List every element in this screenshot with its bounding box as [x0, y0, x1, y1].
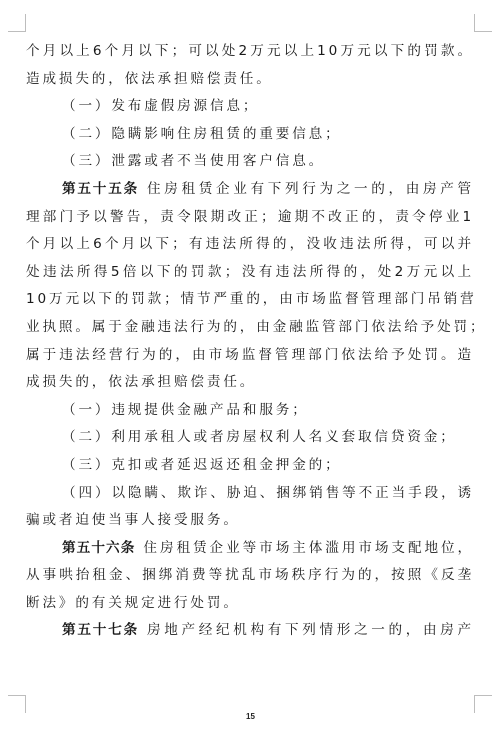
list-item: （三）克扣或者延迟返还租金押金的；: [26, 452, 474, 480]
crop-mark-top-left: [8, 14, 26, 32]
line-text: （一）违规提供金融产品和服务；: [62, 402, 309, 418]
list-item: （二）利用承租人或者房屋权利人名义套取信贷资金；: [26, 424, 474, 452]
crop-mark-bottom-left: [8, 695, 26, 713]
list-item: （三）泄露或者不当使用客户信息。: [26, 148, 474, 176]
line-text: 骗或者迫使当事人接受服务。: [26, 512, 240, 528]
line-text: 理部门予以警告，责令限期改正；逾期不改正的，责令停业1: [26, 209, 474, 225]
line-text: 住房租赁企业等市场主体滥用市场支配地位，: [143, 540, 474, 556]
line-text: （三）克扣或者延迟返还租金押金的；: [62, 457, 342, 473]
line-text: 业执照。属于金融违法行为的，由金融监管部门依法给予处罚；: [26, 319, 486, 335]
line-text: （四）以隐瞒、欺诈、胁迫、捆绑销售等不正当手段，诱: [62, 485, 474, 501]
list-item: （二）隐瞒影响住房租赁的重要信息；: [26, 121, 474, 149]
line-text: （二）隐瞒影响住房租赁的重要信息；: [62, 126, 342, 142]
article-number: 第五十七条: [62, 622, 139, 638]
line-text: （一）发布虚假房源信息；: [62, 98, 259, 114]
line-text: 10万元以下的罚款；情节严重的，由市场监督管理部门吊销营: [26, 291, 477, 307]
crop-mark-bottom-right: [474, 695, 492, 713]
text-line: 断法》的有关规定进行处罚。: [26, 590, 474, 618]
line-text: （三）泄露或者不当使用客户信息。: [62, 153, 325, 169]
line-text: 住房租赁企业有下列行为之一的，由房产管: [147, 181, 474, 197]
text-line: 成损失的，依法承担赔偿责任。: [26, 369, 474, 397]
list-item: （一）违规提供金融产品和服务；: [26, 397, 474, 425]
text-line: 从事哄抬租金、捆绑消费等扰乱市场秩序行为的，按照《反垄: [26, 562, 474, 590]
article-heading-line: 第五十七条房地产经纪机构有下列情形之一的，由房产: [26, 617, 474, 645]
line-text: 从事哄抬租金、捆绑消费等扰乱市场秩序行为的，按照《反垄: [26, 567, 474, 583]
line-text: （二）利用承租人或者房屋权利人名义套取信贷资金；: [62, 429, 457, 445]
line-text: 断法》的有关规定进行处罚。: [26, 595, 240, 611]
document-body: 个月以上6个月以下；可以处2万元以上10万元以下的罚款。 造成损失的，依法承担赔…: [26, 38, 474, 645]
line-text: 处违法所得5倍以下的罚款；没有违法所得的，处2万元以上: [26, 264, 474, 280]
text-line: 属于违法经营行为的，由市场监督管理部门依法给予处罚。造: [26, 342, 474, 370]
line-text: 造成损失的，依法承担赔偿责任。: [26, 71, 273, 87]
article-heading-line: 第五十五条住房租赁企业有下列行为之一的，由房产管: [26, 176, 474, 204]
line-text: 个月以上6个月以下；可以处2万元以上10万元以下的罚款。: [26, 43, 474, 59]
list-item: （四）以隐瞒、欺诈、胁迫、捆绑销售等不正当手段，诱: [26, 480, 474, 508]
text-line: 10万元以下的罚款；情节严重的，由市场监督管理部门吊销营: [26, 286, 474, 314]
list-item: （一）发布虚假房源信息；: [26, 93, 474, 121]
text-line: 处违法所得5倍以下的罚款；没有违法所得的，处2万元以上: [26, 259, 474, 287]
article-heading-line: 第五十六条住房租赁企业等市场主体滥用市场支配地位，: [26, 535, 474, 563]
text-line: 理部门予以警告，责令限期改正；逾期不改正的，责令停业1: [26, 204, 474, 232]
line-text: 房地产经纪机构有下列情形之一的，由房产: [147, 622, 474, 638]
line-text: 成损失的，依法承担赔偿责任。: [26, 374, 256, 390]
text-line: 个月以上6个月以下；有违法所得的，没收违法所得，可以并: [26, 231, 474, 259]
crop-mark-top-right: [474, 14, 492, 32]
page-number: 15: [0, 712, 501, 721]
text-line: 个月以上6个月以下；可以处2万元以上10万元以下的罚款。: [26, 38, 474, 66]
text-line: 造成损失的，依法承担赔偿责任。: [26, 66, 474, 94]
text-line: 骗或者迫使当事人接受服务。: [26, 507, 474, 535]
article-number: 第五十六条: [62, 540, 135, 556]
line-text: 属于违法经营行为的，由市场监督管理部门依法给予处罚。造: [26, 347, 474, 363]
text-line: 业执照。属于金融违法行为的，由金融监管部门依法给予处罚；: [26, 314, 474, 342]
article-number: 第五十五条: [62, 181, 139, 197]
line-text: 个月以上6个月以下；有违法所得的，没收违法所得，可以并: [26, 236, 474, 252]
